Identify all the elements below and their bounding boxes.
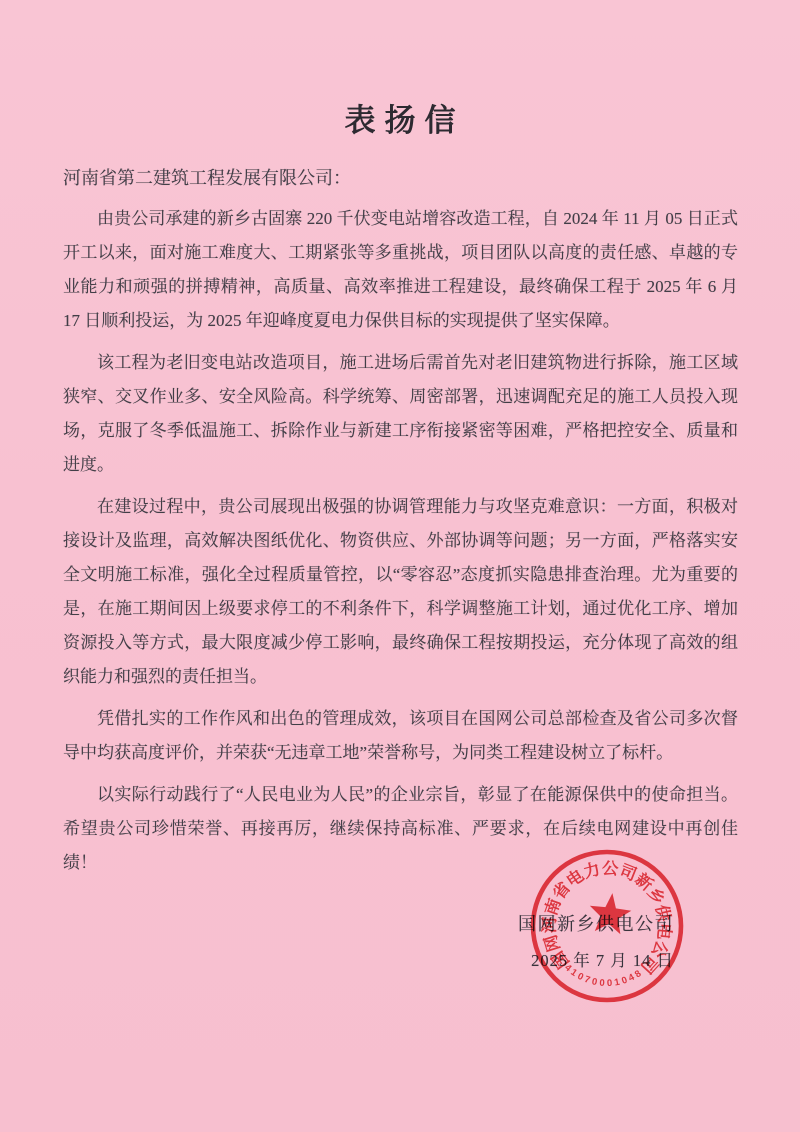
seal-code-text: 41070001048 [562,962,645,989]
letter-title: 表扬信 [0,0,800,139]
red-star-icon [587,891,633,936]
letter-body: 河南省第二建筑工程发展有限公司： 由贵公司承建的新乡古固寨 220 千伏变电站增… [63,161,738,880]
paragraph-3: 在建设过程中，贵公司展现出极强的协调管理能力与攻坚克难意识：一方面，积极对接设计… [63,490,738,694]
paragraph-4: 凭借扎实的工作作风和出色的管理成效，该项目在国网公司总部检查及省公司多次督导中均… [63,702,738,770]
official-seal-stamp: 国网河南省电力公司新乡供电公司 41070001048 [497,816,717,1036]
paragraph-1: 由贵公司承建的新乡古固寨 220 千伏变电站增容改造工程，自 2024 年 11… [63,202,738,338]
recipient-line: 河南省第二建筑工程发展有限公司： [63,161,738,195]
letter-page: 表扬信 河南省第二建筑工程发展有限公司： 由贵公司承建的新乡古固寨 220 千伏… [0,0,800,1132]
paragraph-2: 该工程为老旧变电站改造项目，施工进场后需首先对老旧建筑物进行拆除，施工区域狭窄、… [63,346,738,482]
